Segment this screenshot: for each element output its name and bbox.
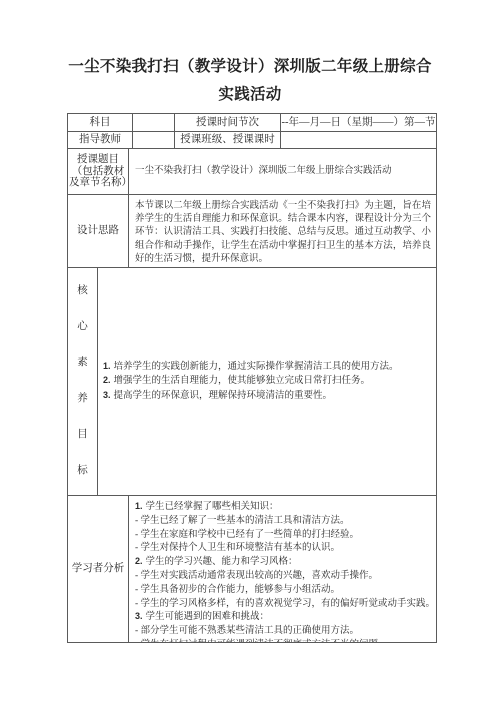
advisor-label-cell: 指导教师 [68,132,132,148]
lesson-title-label-cell: 授课题目（包括教材及章节名称） [68,149,128,194]
vertical-label-char: 目 [77,428,88,441]
document-page: 一尘不染我打扫（教学设计）深圳版二年级上册综合实践活动 科目 授课时间节次 --… [0,0,500,707]
analysis-line-text: - 学生对实践活动通常表现出较高的兴趣，喜欢动手操作。 [135,571,378,581]
analysis-line: - 学生对保持个人卫生和环境整洁有基本的认识。 [135,541,432,555]
goal-item-text: 增强学生的生活自理能力，使其能够独立完成日常打扫任务。 [114,376,371,386]
goal-item-number: 2. [103,375,111,385]
vertical-label-char: 核 [77,284,88,297]
core-competency-content-cell: 1.培养学生的实践创新能力，通过实际操作掌握清洁工具的使用方法。 2.增强学生的… [97,268,436,495]
table-row-learner-analysis: 学习者分析 1.学生已经掌握了哪些相关知识： - 学生已经了解了一些基本的清洁工… [68,495,436,642]
analysis-line-text: - 学生已经了解了一些基本的清洁工具和清洁方法。 [135,516,350,526]
analysis-line: - 学生对实践活动通常表现出较高的兴趣，喜欢动手操作。 [135,569,432,583]
lesson-title-label: 授课题目（包括教材及章节名称） [68,154,128,189]
goal-item-number: 1. [103,361,111,371]
analysis-line-text: - 学生的学习风格多样，有的喜欢视觉学习，有的偏好听觉或动手实践。 [135,599,435,609]
goal-item: 3.提高学生的环保意识，理解保持环境清洁的重要性。 [103,389,432,403]
goal-item: 2.增强学生的生活自理能力，使其能够独立完成日常打扫任务。 [103,374,432,388]
table-row-lesson-title: 授课题目（包括教材及章节名称） 一尘不染我打扫（教学设计）深圳版二年级上册综合实… [68,148,436,194]
vertical-label-char: 标 [77,464,88,477]
design-approach-label-cell: 设计思路 [68,195,128,267]
advisor-value-cell [132,132,174,148]
vertical-label-char: 心 [77,320,88,333]
analysis-line: - 学生的学习风格多样，有的喜欢视觉学习，有的偏好听觉或动手实践。 [135,597,432,611]
analysis-line-text: 学生的学习兴趣、能力和学习风格： [146,557,298,567]
table-row-subject: 科目 授课时间节次 --年—月—日（星期——）第—节 [68,114,436,131]
analysis-line-text: - 学生对保持个人卫生和环境整洁有基本的认识。 [135,543,340,553]
lesson-title-value: 一尘不染我打扫（教学设计）深圳版二年级上册综合实践活动 [135,165,392,178]
analysis-line-text: - 学生在家庭和学校中已经有了一些简单的打扫经验。 [135,530,359,540]
analysis-line: 1.学生已经掌握了哪些相关知识： [135,500,432,514]
class-hours-value-cell [280,132,436,148]
learner-analysis-label-cell: 学习者分析 [68,496,128,642]
analysis-line: - 部分学生可能不熟悉某些清洁工具的正确使用方法。 [135,624,432,638]
analysis-line-text: - 学生具备初步的合作能力，能够参与小组活动。 [135,585,340,595]
core-competency-label-cell: 核 心 素 养 目 标 [68,268,97,495]
analysis-line-text: - 学生在打扫过程中可能遇到清洁不彻底或方法不当的问题。 [135,640,388,642]
table-row-design-approach: 设计思路 本节课以二年级上册综合实践活动《一尘不染我打扫》为主题，旨在培养学生的… [68,194,436,267]
design-approach-content-cell: 本节课以二年级上册综合实践活动《一尘不染我打扫》为主题，旨在培养学生的生活自理能… [128,195,436,267]
learner-analysis-content-cell: 1.学生已经掌握了哪些相关知识： - 学生已经了解了一些基本的清洁工具和清洁方法… [128,496,436,642]
analysis-line-number: 3. [135,611,143,621]
vertical-label-char: 素 [77,356,88,369]
goal-item-text: 提高学生的环保意识，理解保持环境清洁的重要性。 [114,391,333,401]
analysis-line-text: 学生可能遇到的困难和挑战： [146,612,270,622]
analysis-line: 3.学生可能遇到的困难和挑战： [135,610,432,624]
lesson-plan-table: 科目 授课时间节次 --年—月—日（星期——）第—节 指导教师 授课班级、授课课… [67,113,437,643]
analysis-line-number: 2. [135,556,143,566]
table-row-core-competency: 核 心 素 养 目 标 1.培养学生的实践创新能力，通过实际操作掌握清洁工具的使… [68,267,436,495]
analysis-line-text: 学生已经掌握了哪些相关知识： [146,502,279,512]
subject-value-cell [132,114,174,131]
analysis-line-number: 1. [135,501,143,511]
lesson-title-value-cell: 一尘不染我打扫（教学设计）深圳版二年级上册综合实践活动 [128,149,436,194]
subject-label-cell: 科目 [68,114,132,131]
analysis-line: - 学生已经了解了一些基本的清洁工具和清洁方法。 [135,514,432,528]
session-time-label-cell: 授课时间节次 [174,114,280,131]
analysis-line: - 学生在家庭和学校中已经有了一些简单的打扫经验。 [135,528,432,542]
analysis-line: - 学生具备初步的合作能力，能够参与小组活动。 [135,583,432,597]
goal-item-number: 3. [103,390,111,400]
goal-item: 1.培养学生的实践创新能力，通过实际操作掌握清洁工具的使用方法。 [103,360,432,374]
analysis-line: 2.学生的学习兴趣、能力和学习风格： [135,555,432,569]
session-time-value-cell: --年—月—日（星期——）第—节 [280,114,436,131]
analysis-line-text: - 部分学生可能不熟悉某些清洁工具的正确使用方法。 [135,626,359,636]
table-row-teacher: 指导教师 授课班级、授课课时 [68,131,436,148]
class-hours-label-cell: 授课班级、授课课时 [174,132,280,148]
vertical-label-char: 养 [77,392,88,405]
document-title: 一尘不染我打扫（教学设计）深圳版二年级上册综合实践活动 [64,53,436,109]
goal-item-text: 培养学生的实践创新能力，通过实际操作掌握清洁工具的使用方法。 [114,362,399,372]
analysis-line: - 学生在打扫过程中可能遇到清洁不彻底或方法不当的问题。 [135,638,432,642]
